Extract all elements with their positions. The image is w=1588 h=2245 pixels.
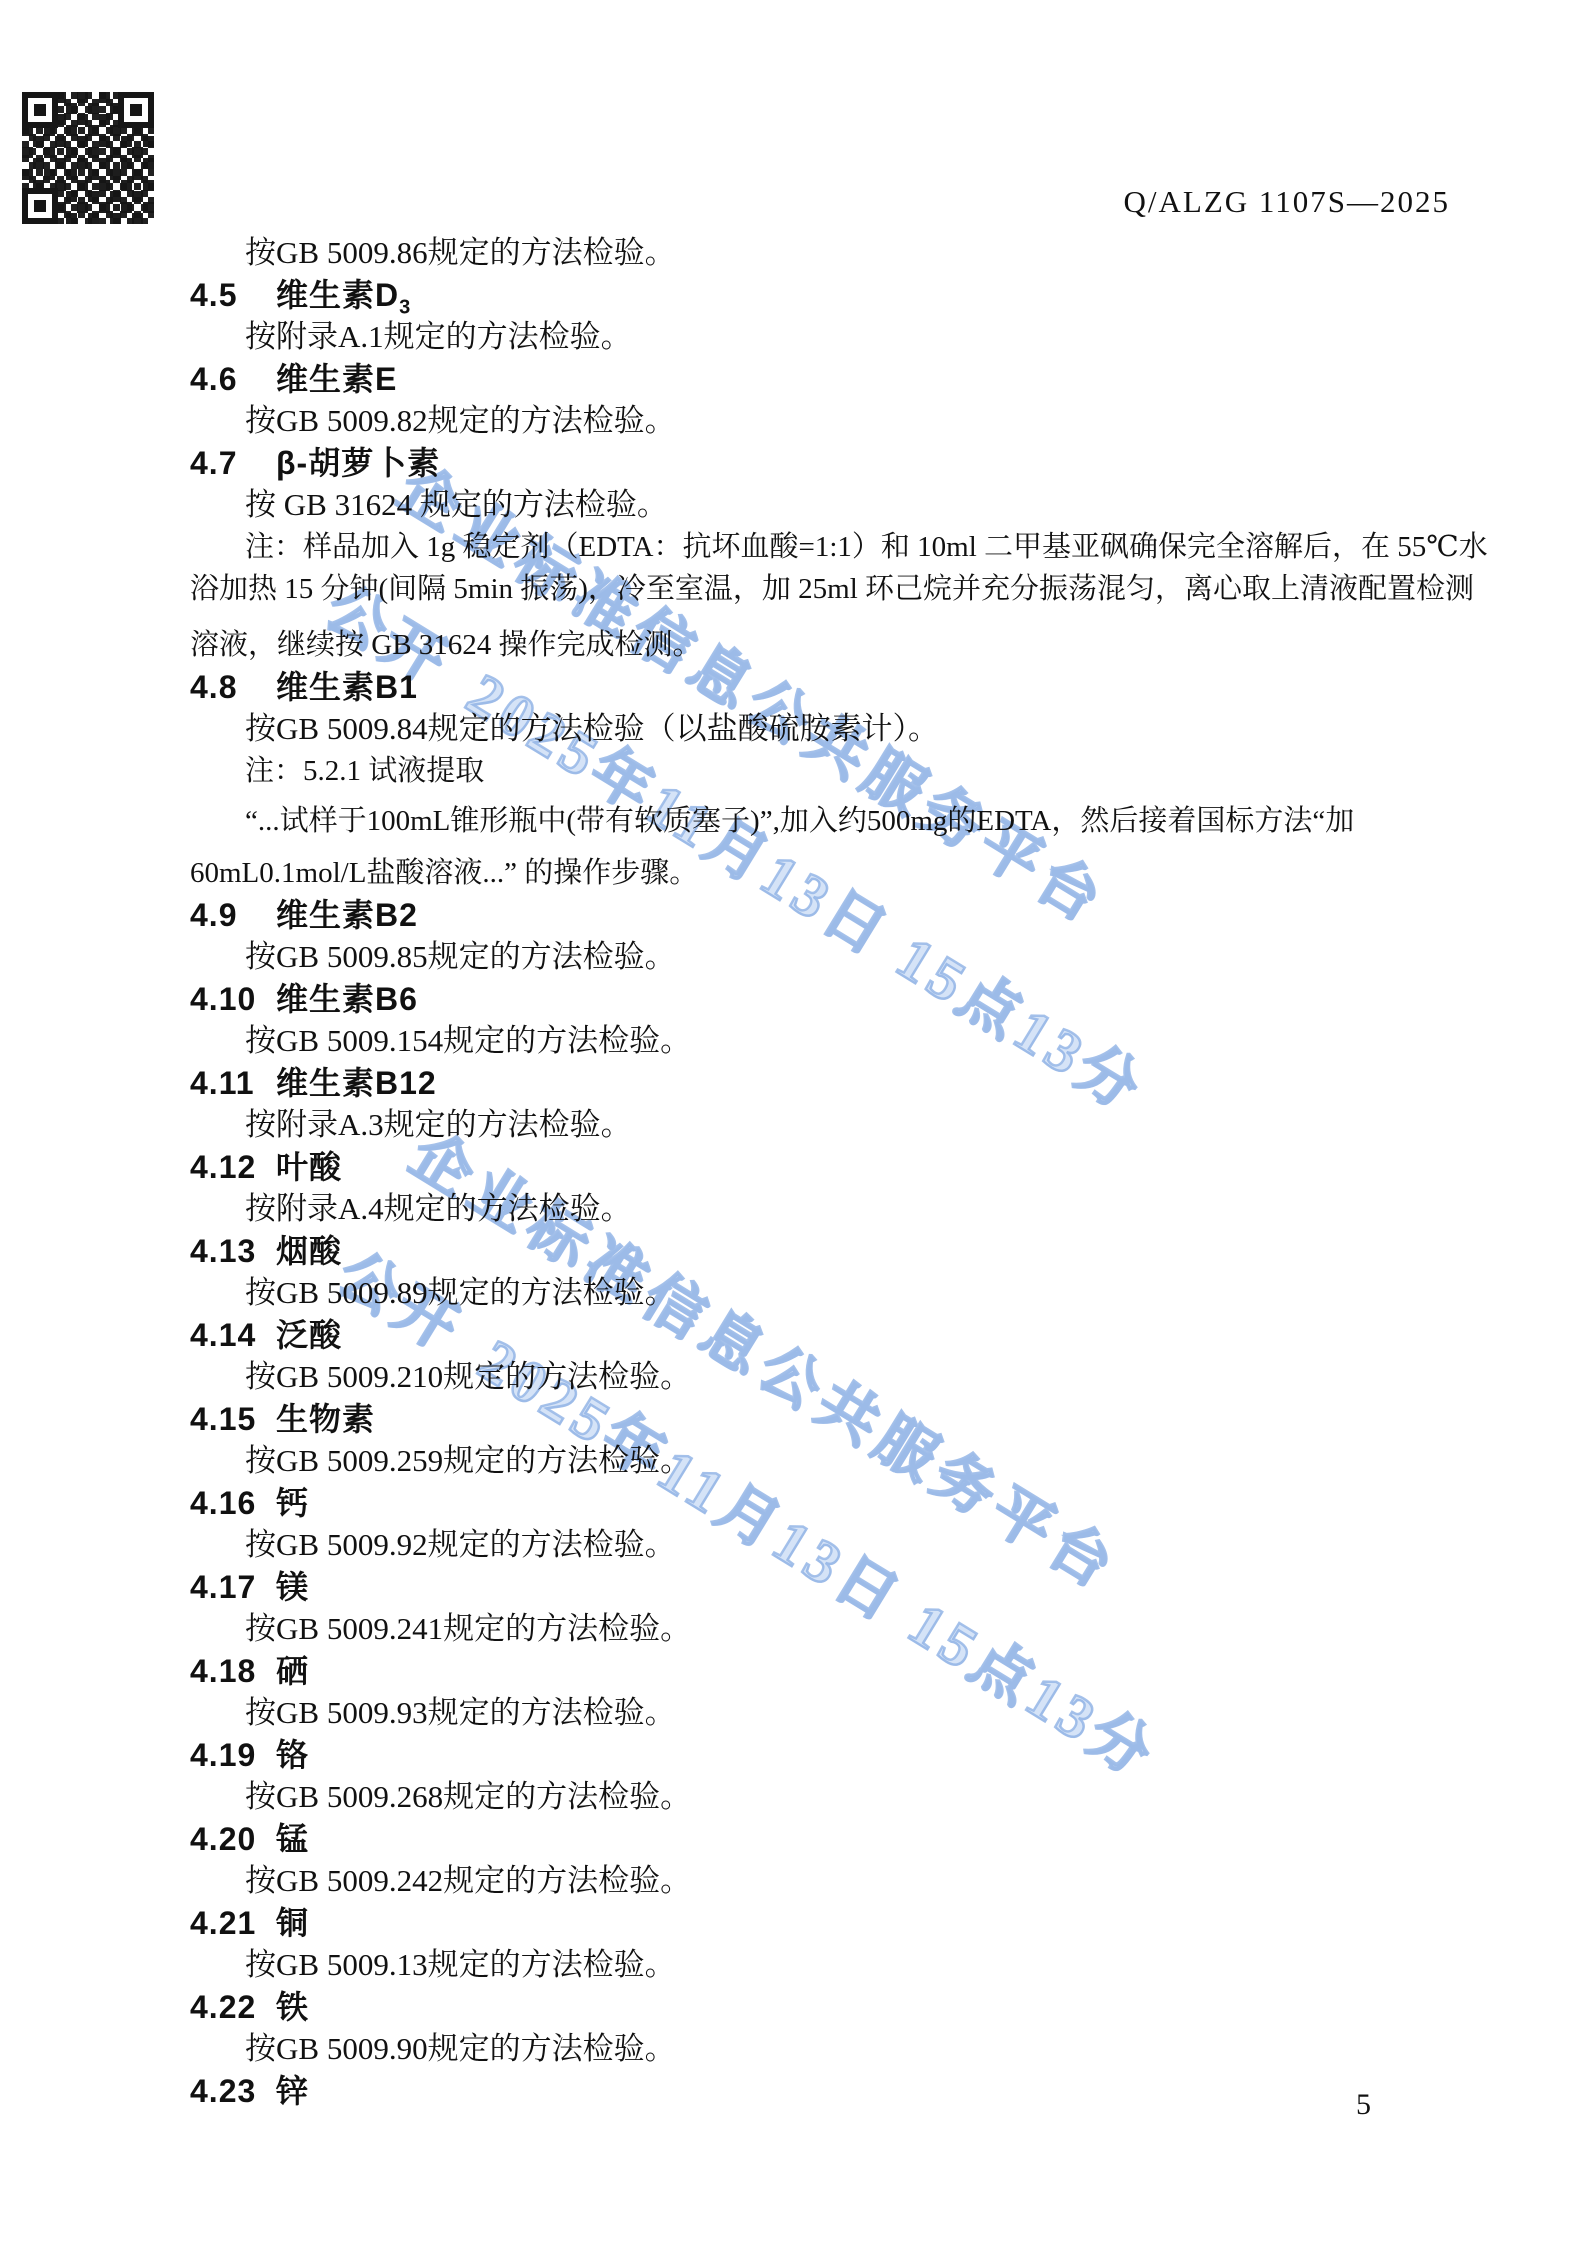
section-number: 4.13 [190,1230,276,1272]
section-heading: 4.11维生素B12 [190,1062,1520,1104]
section-number: 4.15 [190,1398,276,1440]
section-number: 4.22 [190,1986,276,2028]
section-heading: 4.8维生素B1 [190,666,1520,708]
section-number: 4.18 [190,1650,276,1692]
section-heading: 4.23锌 [190,2070,1520,2112]
text-line: 浴加热 15 分钟(间隔 5min 振荡)，冷至室温，加 25ml 环己烷并充分… [190,568,1520,610]
section-number: 4.19 [190,1734,276,1776]
section-heading: 4.13烟酸 [190,1230,1520,1272]
text-line: 按GB 5009.242规定的方法检验。 [190,1860,1520,1902]
section-number: 4.11 [190,1062,276,1104]
text-line: 按GB 5009.241规定的方法检验。 [190,1608,1520,1650]
section-heading: 4.21铜 [190,1902,1520,1944]
text-line: 按GB 5009.92规定的方法检验。 [190,1524,1520,1566]
section-title: 维生素B6 [276,981,418,1017]
text-line: 按GB 5009.154规定的方法检验。 [190,1020,1520,1062]
section-title: 锰 [276,1821,309,1857]
section-heading: 4.7β-胡萝卜素 [190,442,1520,484]
section-number: 4.5 [190,274,276,316]
text-line: “...试样于100mL锥形瓶中(带有软质塞子)”,加入约500mg的EDTA，… [190,800,1520,842]
section-number: 4.23 [190,2070,276,2112]
section-number: 4.21 [190,1902,276,1944]
section-title: 维生素E [276,361,397,397]
text-line: 按 GB 31624 规定的方法检验。 [190,484,1520,526]
section-heading: 4.18硒 [190,1650,1520,1692]
section-heading: 4.20锰 [190,1818,1520,1860]
section-title: 烟酸 [276,1233,342,1269]
section-title: 铜 [276,1905,309,1941]
section-heading: 4.17镁 [190,1566,1520,1608]
text-line: 按GB 5009.85规定的方法检验。 [190,936,1520,978]
text-line: 按附录A.1规定的方法检验。 [190,316,1520,358]
section-title: 维生素B1 [276,669,418,705]
section-heading: 4.19铬 [190,1734,1520,1776]
text-line: 溶液，继续按 GB 31624 操作完成检测。 [190,624,1520,666]
text-line: 按GB 5009.259规定的方法检验。 [190,1440,1520,1482]
text-line: 按GB 5009.93规定的方法检验。 [190,1692,1520,1734]
doc-number: Q/ALZG 1107S—2025 [1124,184,1451,220]
document-body: 按GB 5009.86规定的方法检验。4.5维生素D3按附录A.1规定的方法检验… [190,232,1520,2112]
section-number: 4.9 [190,894,276,936]
section-heading: 4.12叶酸 [190,1146,1520,1188]
text-line: 60mL0.1mol/L盐酸溶液...” 的操作步骤。 [190,852,1520,894]
section-number: 4.12 [190,1146,276,1188]
document-page: Q/ALZG 1107S—2025 企业标准信息公共服务平台 公开2025年11… [0,0,1588,2245]
text-line: 按GB 5009.13规定的方法检验。 [190,1944,1520,1986]
text-line: 按GB 5009.90规定的方法检验。 [190,2028,1520,2070]
section-title: 镁 [276,1569,309,1605]
section-title: 生物素 [276,1401,375,1437]
section-title: 硒 [276,1653,309,1689]
text-line: 按附录A.4规定的方法检验。 [190,1188,1520,1230]
section-number: 4.20 [190,1818,276,1860]
section-title: β-胡萝卜素 [276,445,440,481]
section-title: 铬 [276,1737,309,1773]
section-title: 锌 [276,2073,309,2109]
text-line: 按GB 5009.268规定的方法检验。 [190,1776,1520,1818]
section-number: 4.17 [190,1566,276,1608]
qr-finder-icon [118,92,154,128]
text-line: 按GB 5009.82规定的方法检验。 [190,400,1520,442]
section-title: 维生素D3 [276,277,411,313]
section-number: 4.6 [190,358,276,400]
text-line: 按GB 5009.89规定的方法检验。 [190,1272,1520,1314]
qr-finder-icon [22,188,58,224]
section-title: 叶酸 [276,1149,342,1185]
section-title: 维生素B2 [276,897,418,933]
section-title: 泛酸 [276,1317,342,1353]
section-heading: 4.14泛酸 [190,1314,1520,1356]
section-number: 4.7 [190,442,276,484]
section-number: 4.16 [190,1482,276,1524]
qr-finder-icon [22,92,58,128]
section-title: 铁 [276,1989,309,2025]
text-line: 注：样品加入 1g 稳定剂（EDTA：抗坏血酸=1:1）和 10ml 二甲基亚砜… [190,526,1520,568]
text-line: 按GB 5009.84规定的方法检验（以盐酸硫胺素计）。 [190,708,1520,750]
text-line: 注：5.2.1 试液提取 [190,750,1520,792]
qr-code-icon [22,92,154,224]
text-line: 按GB 5009.86规定的方法检验。 [190,232,1520,274]
section-heading: 4.16钙 [190,1482,1520,1524]
section-heading: 4.10维生素B6 [190,978,1520,1020]
section-heading: 4.5维生素D3 [190,274,1520,316]
section-title: 维生素B12 [276,1065,437,1101]
section-heading: 4.15生物素 [190,1398,1520,1440]
text-line: 按GB 5009.210规定的方法检验。 [190,1356,1520,1398]
section-heading: 4.22铁 [190,1986,1520,2028]
section-heading: 4.6维生素E [190,358,1520,400]
section-number: 4.8 [190,666,276,708]
section-title: 钙 [276,1485,309,1521]
section-number: 4.14 [190,1314,276,1356]
text-line: 按附录A.3规定的方法检验。 [190,1104,1520,1146]
section-heading: 4.9维生素B2 [190,894,1520,936]
section-number: 4.10 [190,978,276,1020]
